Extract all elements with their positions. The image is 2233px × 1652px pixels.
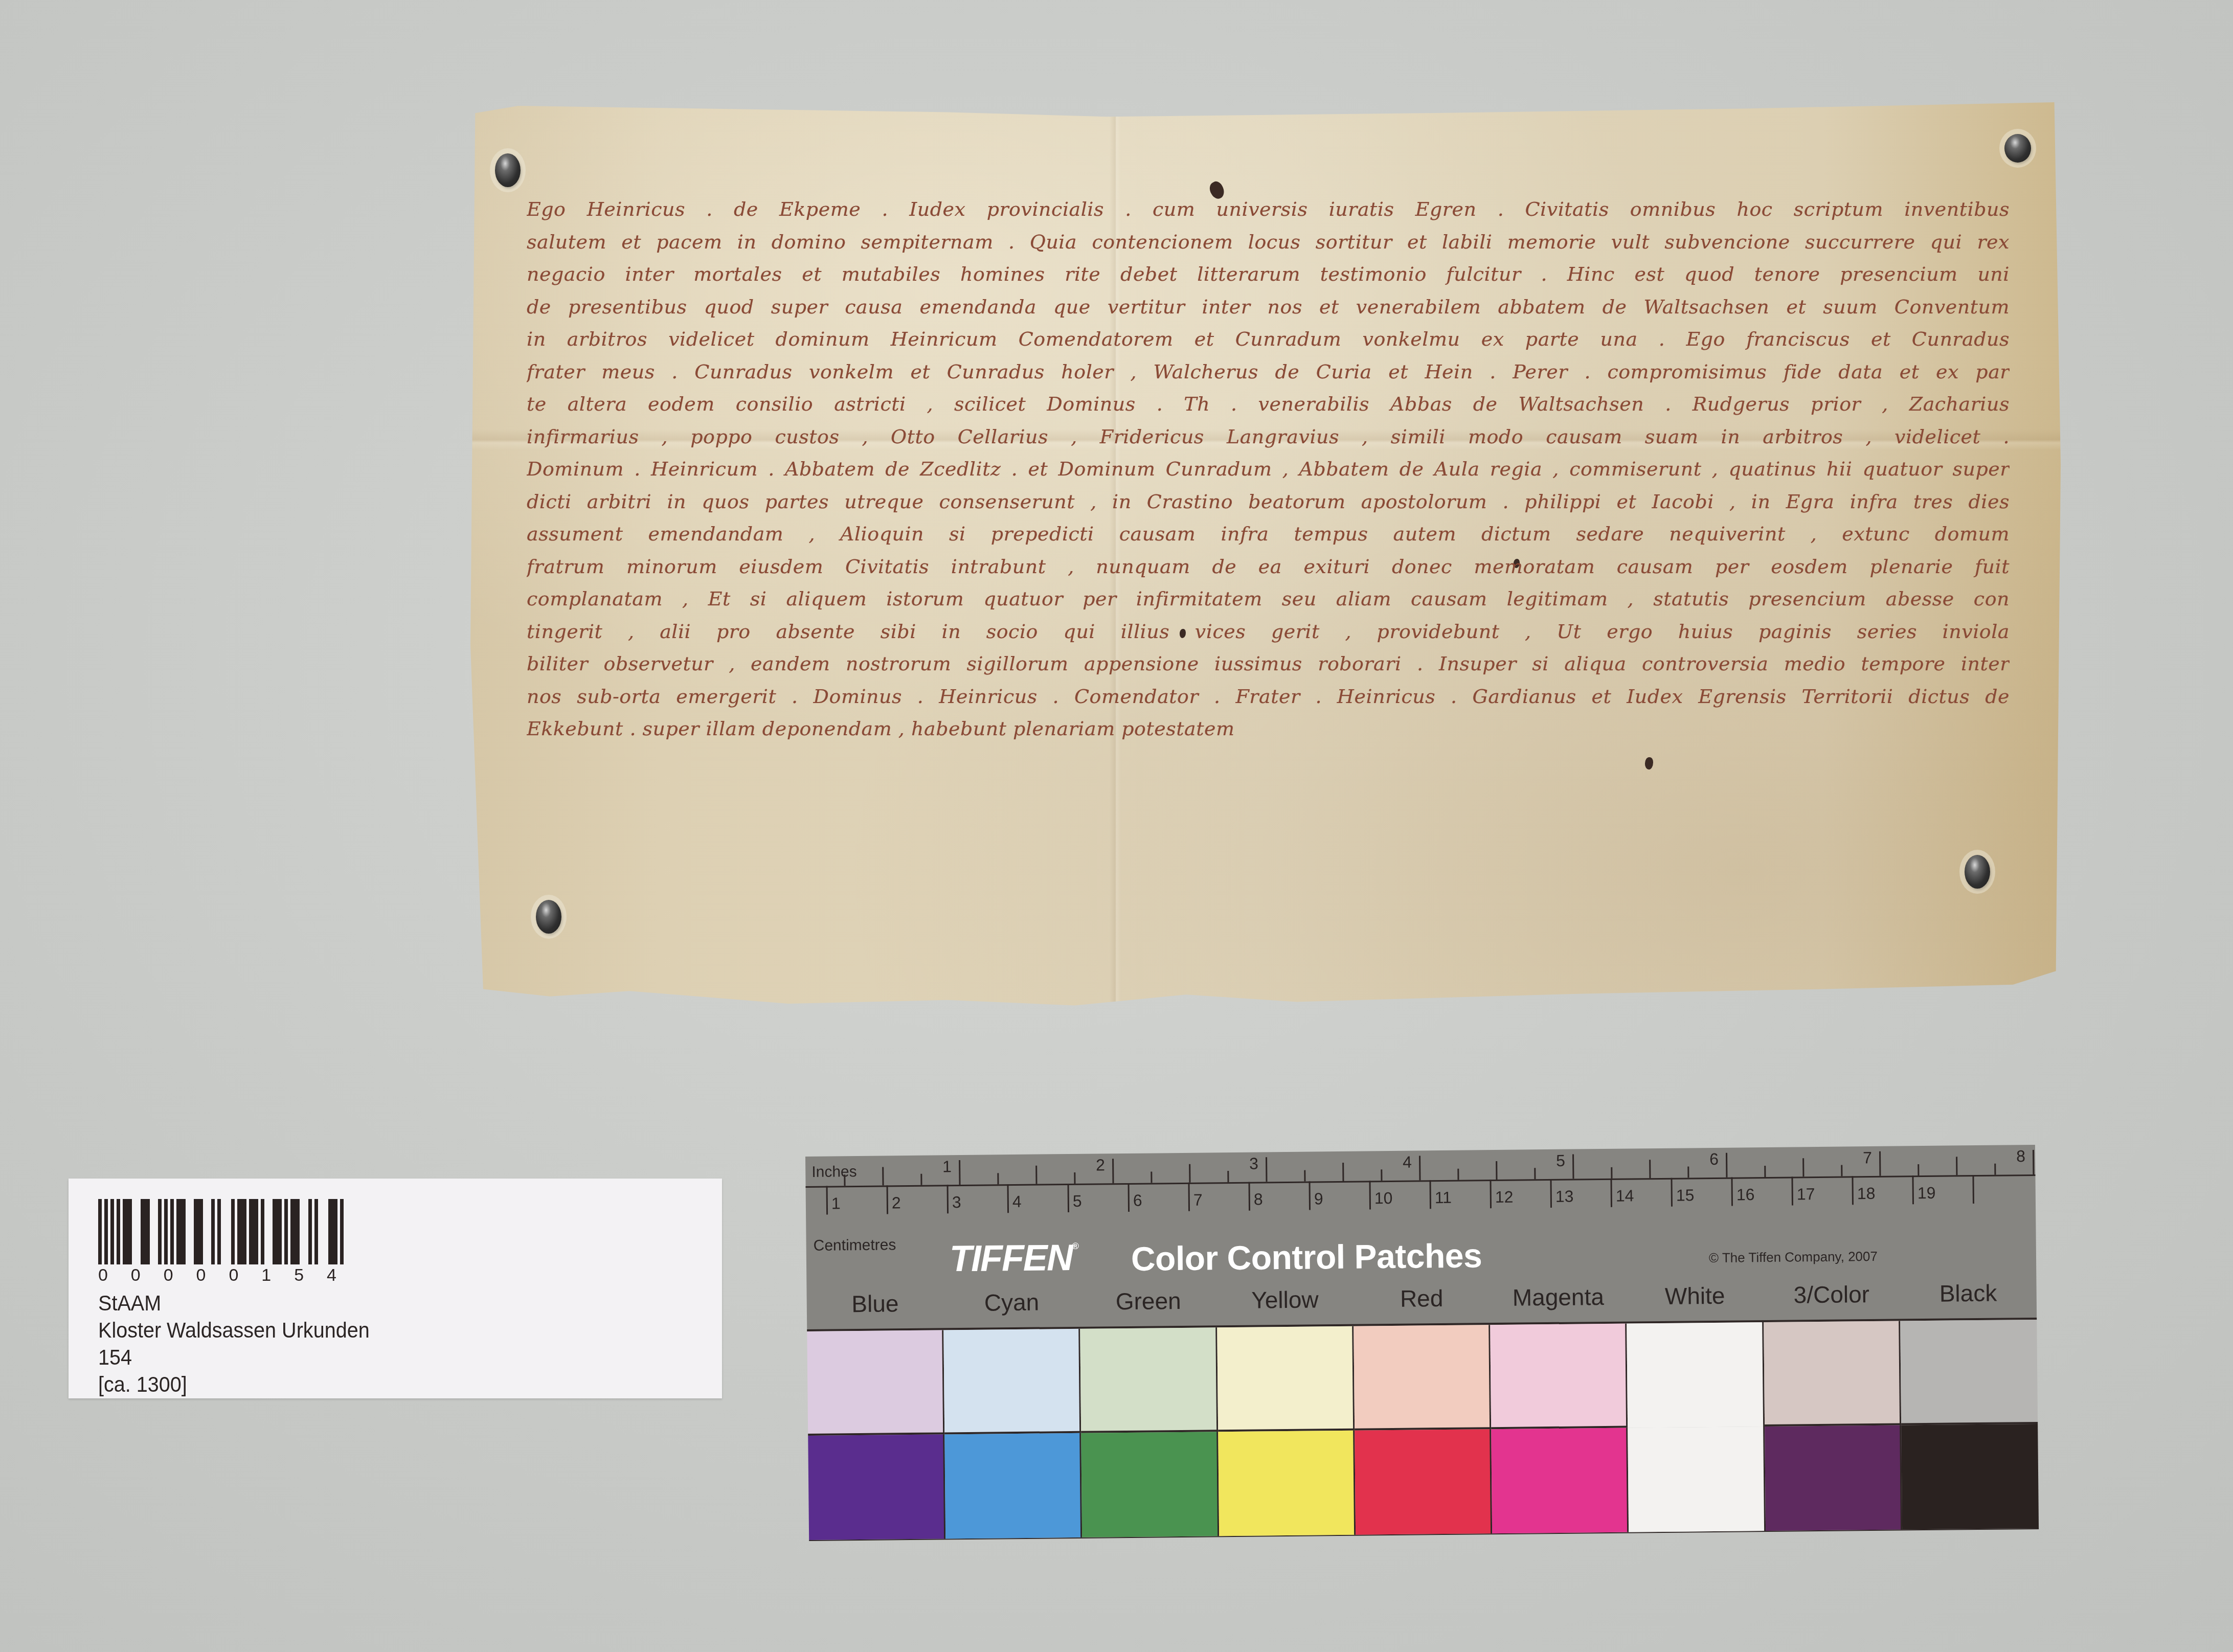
barcode-digit: 0 <box>229 1265 238 1285</box>
cm-mark: 2 <box>892 1193 901 1212</box>
cm-mark: 19 <box>1918 1184 1936 1203</box>
brand-name: TIFFEN <box>950 1237 1073 1279</box>
mounting-pin-bottom-left-icon <box>536 900 561 934</box>
text-line: in arbitros videlicet dominum Heinricum … <box>527 323 2010 356</box>
text-line: salutem et pacem in domino sempiternam .… <box>527 226 2010 259</box>
patch-yellow-light <box>1217 1326 1355 1432</box>
patch-label-magenta: Magenta <box>1490 1283 1627 1312</box>
patch-black-light <box>1900 1320 2038 1425</box>
text-line: complanatam , Et si aliquem istorum quat… <box>527 583 2010 616</box>
color-patches <box>807 1320 2039 1541</box>
parchment-charter: Ego Heinricus . de Ekpeme . Iudex provin… <box>470 102 2061 1007</box>
cm-mark: 17 <box>1797 1185 1815 1204</box>
registered-mark: ® <box>1072 1241 1078 1251</box>
patch-label-green: Green <box>1080 1286 1217 1316</box>
inch-mark: 3 <box>1249 1154 1258 1173</box>
document-number: 154 <box>98 1344 370 1371</box>
patch-labels: Blue Cyan Green Yellow Red Magenta White… <box>807 1279 2037 1318</box>
inches-label: Inches <box>811 1163 857 1181</box>
mounting-pin-top-left-icon <box>495 153 521 187</box>
cm-mark: 9 <box>1314 1189 1323 1208</box>
patch-yellow-dark <box>1218 1431 1356 1536</box>
barcode-digit: 0 <box>164 1265 173 1285</box>
cm-mark: 4 <box>1012 1192 1022 1211</box>
text-line: negacio inter mortales et mutabiles homi… <box>527 258 2010 291</box>
patch-white-bottom <box>1628 1427 1765 1532</box>
patch-white-top <box>1627 1322 1765 1428</box>
barcode-digit: 0 <box>196 1265 206 1285</box>
barcode-digit: 0 <box>131 1265 141 1285</box>
cm-mark: 12 <box>1495 1188 1514 1207</box>
barcode-digit: 4 <box>327 1265 336 1285</box>
collection-name: Kloster Waldsassen Urkunden <box>98 1317 370 1344</box>
text-line: te altera eodem consilio astricti , scil… <box>527 388 2010 421</box>
cm-mark: 11 <box>1435 1188 1452 1207</box>
inch-mark: 5 <box>1556 1151 1565 1170</box>
cm-mark: 5 <box>1073 1192 1082 1211</box>
patch-cyan-dark <box>944 1433 1082 1539</box>
patch-cyan-light <box>943 1329 1081 1435</box>
cm-mark: 8 <box>1254 1190 1263 1209</box>
text-line: biliter observetur , eandem nostrorum si… <box>527 648 2010 681</box>
cm-mark: 18 <box>1857 1184 1876 1203</box>
text-line: de presentibus quod super causa emendand… <box>527 291 2010 324</box>
patch-label-cyan: Cyan <box>943 1288 1080 1317</box>
patch-red-light <box>1354 1325 1491 1431</box>
inch-mark: 8 <box>2016 1147 2025 1166</box>
barcode-digit: 5 <box>294 1265 304 1285</box>
text-line: Ekkebunt . super illam deponendam , habe… <box>527 713 1524 745</box>
copyright-notice: © The Tiffen Company, 2007 <box>1709 1249 1878 1266</box>
patch-label-white: White <box>1627 1281 1764 1310</box>
patch-label-blue: Blue <box>807 1289 944 1318</box>
patch-label-red: Red <box>1353 1284 1490 1313</box>
inch-mark: 6 <box>1709 1150 1719 1169</box>
inch-mark: 7 <box>1863 1148 1872 1167</box>
inch-mark: 1 <box>942 1157 952 1176</box>
label-text: StAAM Kloster Waldsassen Urkunden 154 [c… <box>98 1290 393 1398</box>
cm-mark: 13 <box>1555 1187 1574 1206</box>
chart-title: Color Control Patches <box>1131 1236 1482 1278</box>
cm-mark: 3 <box>952 1193 961 1212</box>
charter-text: Ego Heinricus . de Ekpeme . Iudex provin… <box>527 193 2010 745</box>
patch-blue-dark <box>808 1434 945 1540</box>
patch-magenta-dark <box>1491 1428 1629 1534</box>
text-line: assument emendandam , Alioquin si preped… <box>527 518 2010 551</box>
cm-mark: 14 <box>1616 1186 1634 1205</box>
patch-3color-light <box>1764 1321 1901 1427</box>
ink-spot <box>1645 757 1653 770</box>
text-line: Ego Heinricus . de Ekpeme . Iudex provin… <box>527 193 2010 226</box>
patch-green-light <box>1080 1327 1218 1433</box>
barcode <box>98 1199 344 1264</box>
tiffen-logo: TIFFEN® <box>950 1237 1078 1280</box>
patch-label-black: Black <box>1900 1279 2037 1308</box>
tiffen-color-chart: Inches <box>805 1145 2039 1540</box>
patch-3color-dark <box>1765 1425 1902 1531</box>
mounting-pin-bottom-right-icon <box>1965 855 1990 889</box>
text-line: frater meus . Cunradus vonkelm et Cunrad… <box>527 356 2010 389</box>
patch-red-dark <box>1355 1429 1492 1535</box>
patch-green-dark <box>1081 1432 1219 1537</box>
inch-mark: 2 <box>1096 1156 1105 1174</box>
cm-mark: 10 <box>1374 1189 1393 1208</box>
text-line: nos sub-orta emergerit . Dominus . Heinr… <box>527 681 2010 713</box>
barcode-digit: 1 <box>261 1265 271 1285</box>
centimetres-label: Centimetres <box>814 1236 896 1255</box>
patch-magenta-light <box>1490 1324 1628 1430</box>
cm-mark: 1 <box>831 1194 841 1213</box>
inch-mark: 4 <box>1403 1153 1412 1172</box>
patch-label-3color: 3/Color <box>1763 1280 1900 1309</box>
mounting-pin-top-right-icon <box>2004 134 2031 163</box>
archive-name: StAAM <box>98 1290 370 1317</box>
patch-label-yellow: Yellow <box>1216 1285 1354 1315</box>
barcode-number: 0 0 0 0 0 1 5 4 <box>98 1265 336 1285</box>
text-line: tingerit , alii pro absente sibi in soci… <box>527 616 2010 648</box>
text-line: dicti arbitri in quos partes utreque con… <box>527 486 2010 518</box>
cm-mark: 7 <box>1193 1191 1203 1210</box>
cm-mark: 15 <box>1676 1186 1695 1205</box>
cm-mark: 16 <box>1736 1185 1755 1204</box>
document-date: [ca. 1300] <box>98 1371 370 1398</box>
patch-black-dark <box>1901 1424 2039 1530</box>
patch-blue-light <box>807 1330 944 1436</box>
archive-label-card: 0 0 0 0 0 1 5 4 StAAM Kloster Waldsassen… <box>69 1179 722 1398</box>
chart-header: Inches <box>805 1145 2037 1331</box>
text-line: fratrum minorum eiusdem Civitatis intrab… <box>527 551 2010 583</box>
barcode-digit: 0 <box>98 1265 108 1285</box>
text-line: Dominum . Heinricum . Abbatem de Zcedlit… <box>527 453 2010 486</box>
text-line: infirmarius , poppo custos , Otto Cellar… <box>527 421 2010 454</box>
cm-mark: 6 <box>1133 1191 1142 1210</box>
